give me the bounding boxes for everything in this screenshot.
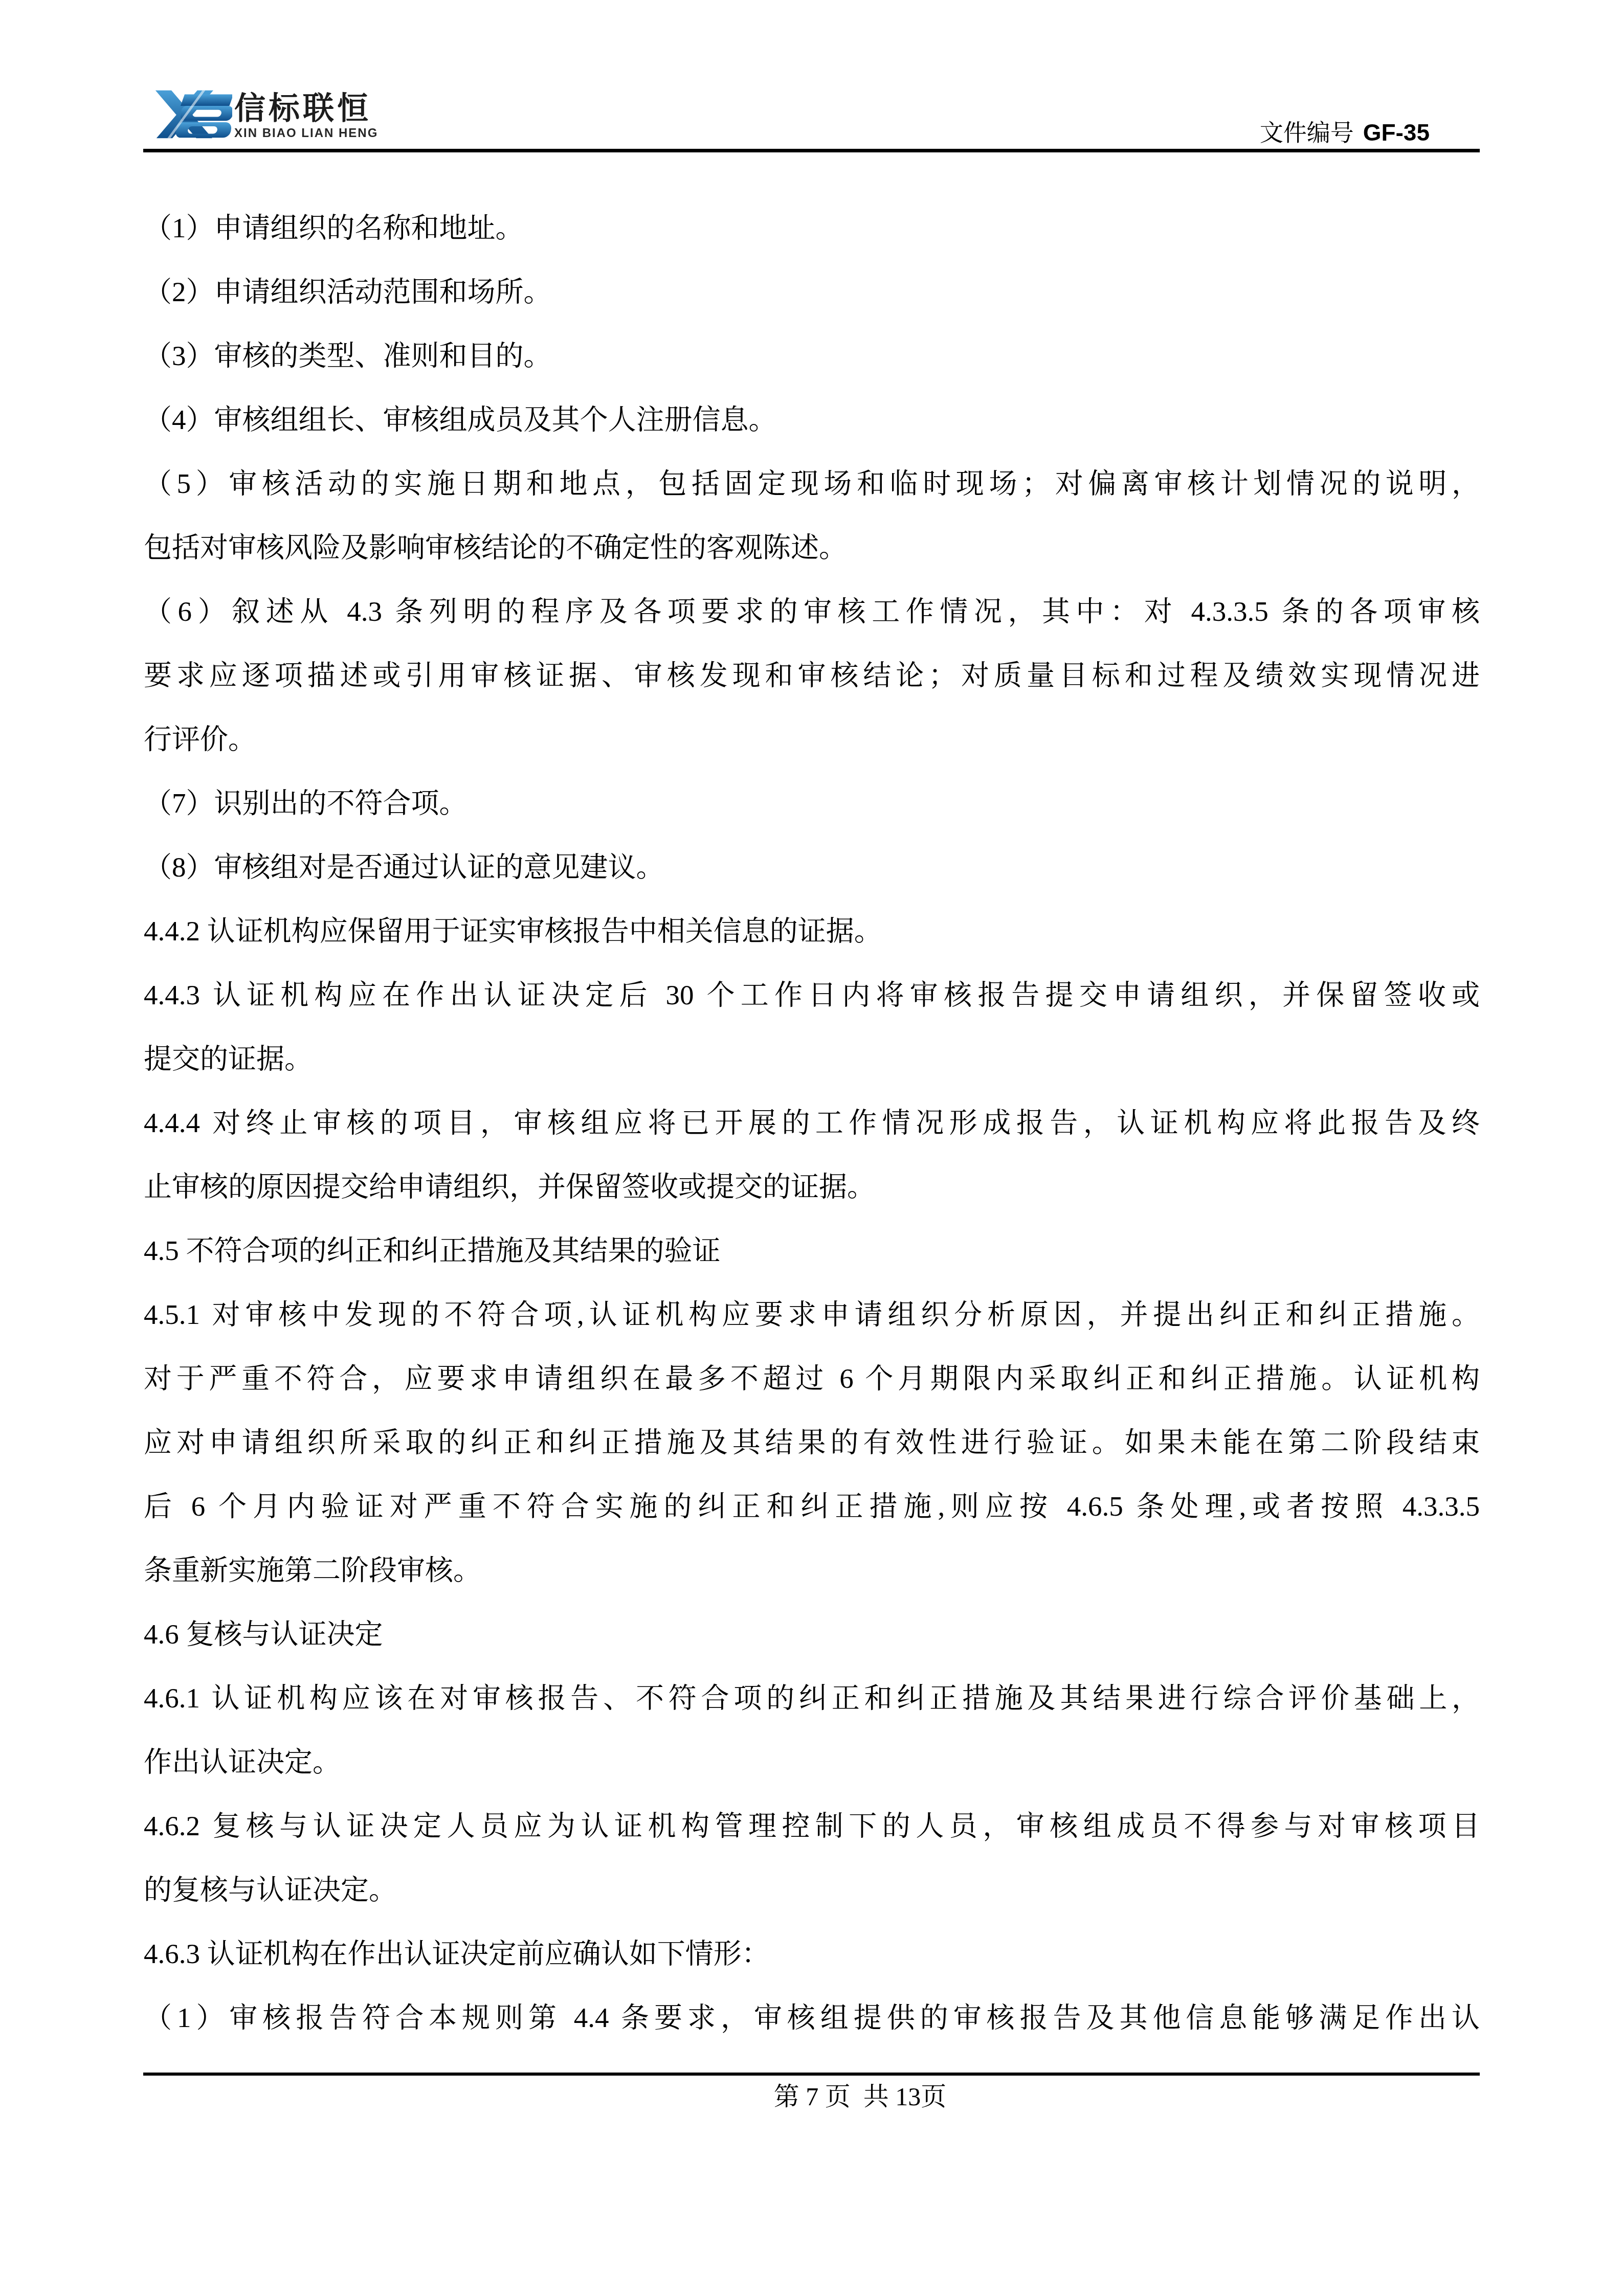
text-line: （4）审核组组长、审核组成员及其个人注册信息。 [144, 388, 1480, 452]
body-text: （1）申请组织的名称和地址。（2）申请组织活动范围和场所。（3）审核的类型、准则… [144, 196, 1480, 2050]
text-line: 条重新实施第二阶段审核。 [144, 1538, 1480, 1602]
text-line: （1）申请组织的名称和地址。 [144, 196, 1480, 260]
text-line: 要求应逐项描述或引用审核证据、审核发现和审核结论；对质量目标和过程及绩效实现情况… [144, 643, 1480, 707]
text-line: 4.6.3 认证机构在作出认证决定前应确认如下情形： [144, 1922, 1480, 1986]
text-line: 的复核与认证决定。 [144, 1858, 1480, 1922]
text-line: 对于严重不符合，应要求申请组织在最多不超过 6 个月期限内采取纠正和纠正措施。认… [144, 1346, 1480, 1410]
text-line: 4.6.1 认证机构应该在对审核报告、不符合项的纠正和纠正措施及其结果进行综合评… [144, 1666, 1480, 1730]
page-number: 第 7 页 共 13页 [143, 2081, 1480, 2112]
doc-number: 文件编号GF-35 [1260, 119, 1430, 146]
text-line: （3）审核的类型、准则和目的。 [144, 324, 1480, 388]
text-line: 作出认证决定。 [144, 1730, 1480, 1794]
text-line: 4.6.2 复核与认证决定人员应为认证机构管理控制下的人员，审核组成员不得参与对… [144, 1794, 1480, 1858]
document-page: { "page": { "background": "#ffffff", "ru… [0, 0, 1624, 2296]
text-line: 4.4.3 认证机构应在作出认证决定后 30 个工作日内将审核报告提交申请组织，… [144, 963, 1480, 1027]
logo-pinyin: XIN BIAO LIAN HENG [234, 127, 375, 140]
text-line: 应对申请组织所采取的纠正和纠正措施及其结果的有效性进行验证。如果未能在第二阶段结… [144, 1410, 1480, 1474]
text-line: （1）审核报告符合本规则第 4.4 条要求，审核组提供的审核报告及其他信息能够满… [144, 1986, 1480, 2050]
text-line: 4.5.1 对审核中发现的不符合项,认证机构应要求申请组织分析原因，并提出纠正和… [144, 1282, 1480, 1346]
text-line: （6）叙述从 4.3 条列明的程序及各项要求的审核工作情况，其中：对 4.3.3… [144, 579, 1480, 643]
text-line: （5）审核活动的实施日期和地点，包括固定现场和临时现场；对偏离审核计划情况的说明… [144, 452, 1480, 515]
text-line: 止审核的原因提交给申请组织，并保留签收或提交的证据。 [144, 1155, 1480, 1219]
doc-number-code: GF-35 [1363, 119, 1430, 146]
header-rule [143, 149, 1480, 152]
text-line: 4.4.4 对终止审核的项目，审核组应将已开展的工作情况形成报告，认证机构应将此… [144, 1091, 1480, 1155]
text-line: 包括对审核风险及影响审核结论的不确定性的客观陈述。 [144, 515, 1480, 579]
text-line: 后 6 个月内验证对严重不符合实施的纠正和纠正措施,则应按 4.6.5 条处理,… [144, 1474, 1480, 1538]
text-line: （8）审核组对是否通过认证的意见建议。 [144, 835, 1480, 899]
text-line: 4.5 不符合项的纠正和纠正措施及其结果的验证 [144, 1219, 1480, 1282]
company-logo: 信标联恒 XIN BIAO LIAN HENG [152, 87, 377, 141]
logo-company-name: 信标联恒 [234, 92, 375, 126]
text-line: （2）申请组织活动范围和场所。 [144, 260, 1480, 324]
text-line: 4.4.2 认证机构应保留用于证实审核报告中相关信息的证据。 [144, 899, 1480, 963]
doc-number-label: 文件编号 [1260, 120, 1354, 146]
logo-xb-icon [152, 89, 232, 140]
footer-rule [143, 2073, 1480, 2076]
text-line: 行评价。 [144, 707, 1480, 771]
text-line: （7）识别出的不符合项。 [144, 771, 1480, 835]
text-line: 提交的证据。 [144, 1027, 1480, 1091]
text-line: 4.6 复核与认证决定 [144, 1602, 1480, 1666]
